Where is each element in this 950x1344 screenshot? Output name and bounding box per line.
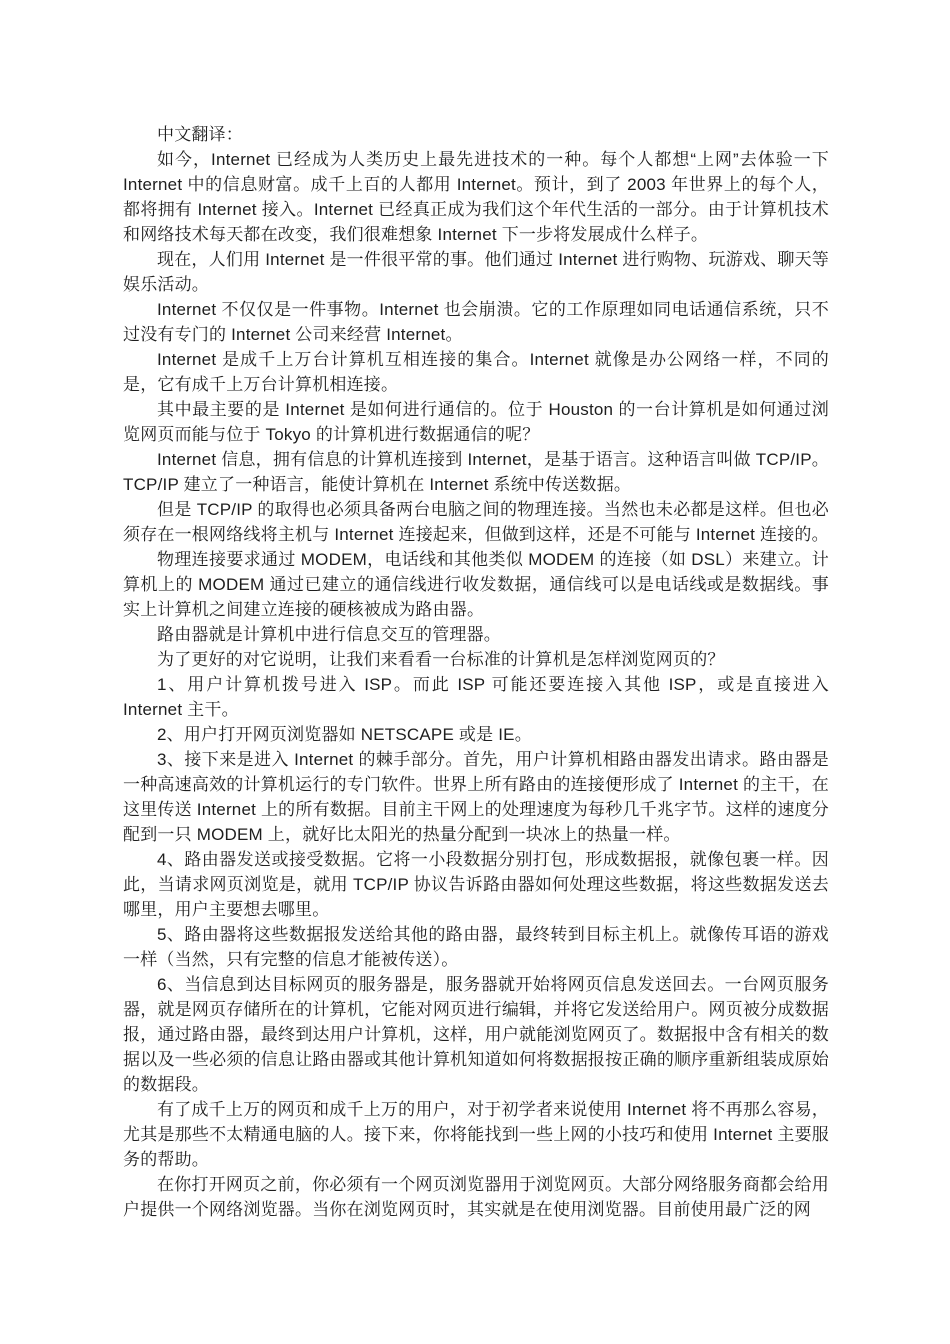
paragraph: Internet 是成千上万台计算机互相连接的集合。Internet 就像是办公…	[123, 347, 829, 397]
list-item-6: 6、当信息到达目标网页的服务器是，服务器就开始将网页信息发送回去。一台网页服务器…	[123, 972, 829, 1097]
list-item-1: 1、用户计算机拨号进入 ISP。而此 ISP 可能还要连接入其他 ISP，或是直…	[123, 672, 829, 722]
document-body: 中文翻译： 如今，Internet 已经成为人类历史上最先进技术的一种。每个人都…	[123, 122, 829, 1222]
paragraph: 但是 TCP/IP 的取得也必须具备两台电脑之间的物理连接。当然也未必都是这样。…	[123, 497, 829, 547]
paragraph: 路由器就是计算机中进行信息交互的管理器。	[123, 622, 829, 647]
paragraph: 物理连接要求通过 MODEM，电话线和其他类似 MODEM 的连接（如 DSL）…	[123, 547, 829, 622]
paragraph: Internet 信息，拥有信息的计算机连接到 Internet，是基于语言。这…	[123, 447, 829, 497]
list-item-5: 5、路由器将这些数据报发送给其他的路由器，最终转到目标主机上。就像传耳语的游戏一…	[123, 922, 829, 972]
paragraph: 有了成千上万的网页和成千上万的用户，对于初学者来说使用 Internet 将不再…	[123, 1097, 829, 1172]
list-item-4: 4、路由器发送或接受数据。它将一小段数据分别打包，形成数据报，就像包裹一样。因此…	[123, 847, 829, 922]
document-heading: 中文翻译：	[123, 122, 829, 147]
document-page: 中文翻译： 如今，Internet 已经成为人类历史上最先进技术的一种。每个人都…	[0, 0, 950, 1344]
paragraph: 如今，Internet 已经成为人类历史上最先进技术的一种。每个人都想“上网”去…	[123, 147, 829, 247]
list-item-3: 3、接下来是进入 Internet 的棘手部分。首先，用户计算机相路由器发出请求…	[123, 747, 829, 847]
paragraph: 其中最主要的是 Internet 是如何进行通信的。位于 Houston 的一台…	[123, 397, 829, 447]
list-item-2: 2、用户打开网页浏览器如 NETSCAPE 或是 IE。	[123, 722, 829, 747]
paragraph: 在你打开网页之前，你必须有一个网页浏览器用于浏览网页。大部分网络服务商都会给用户…	[123, 1172, 829, 1222]
paragraph: 现在，人们用 Internet 是一件很平常的事。他们通过 Internet 进…	[123, 247, 829, 297]
paragraph: 为了更好的对它说明，让我们来看看一台标准的计算机是怎样浏览网页的？	[123, 647, 829, 672]
paragraph: Internet 不仅仅是一件事物。Internet 也会崩溃。它的工作原理如同…	[123, 297, 829, 347]
